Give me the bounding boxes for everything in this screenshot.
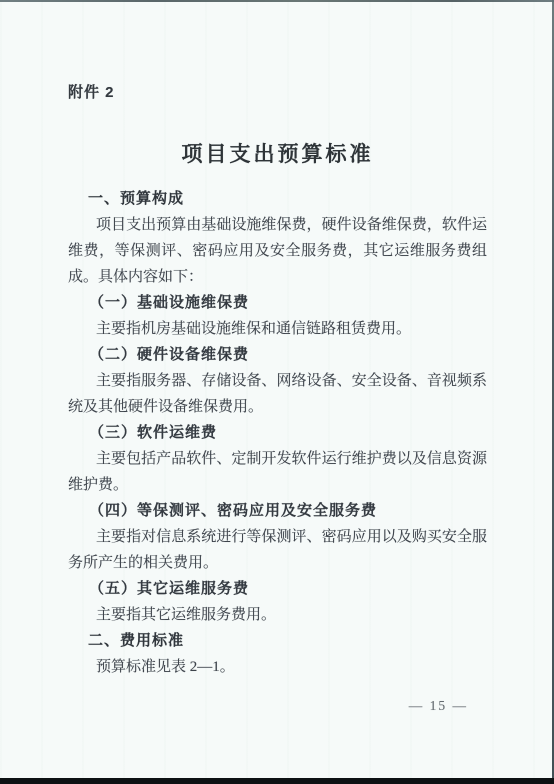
paragraph-fee-standard: 预算标准见表 2—1。 [68,654,487,680]
paragraph-other-service-fee: 主要指其它运维服务费用。 [68,602,487,628]
subheading-other-service-fee: （五）其它运维服务费 [68,576,487,602]
subheading-infrastructure-fee: （一）基础设施维保费 [68,290,487,316]
subheading-security-fee: （四）等保测评、密码应用及安全服务费 [68,498,487,524]
document-content: 附件 2 项目支出预算标准 一、预算构成 项目支出预算由基础设施维保费，硬件设备… [68,0,487,680]
page-number: — 15 — [409,698,468,714]
paragraph-hardware-fee: 主要指服务器、存储设备、网络设备、安全设备、音视频系统及其他硬件设备维保费用。 [68,368,487,420]
paragraph-software-fee: 主要包括产品软件、定制开发软件运行维护费以及信息资源维护费。 [68,446,487,498]
section-heading-fee-standard: 二、费用标准 [68,628,487,654]
paragraph-budget-composition: 项目支出预算由基础设施维保费，硬件设备维保费，软件运维费，等保测评、密码应用及安… [68,212,487,290]
subheading-software-fee: （三）软件运维费 [68,420,487,446]
section-heading-budget-composition: 一、预算构成 [68,186,487,212]
attachment-label: 附件 2 [68,80,487,106]
scanned-document-page: 附件 2 项目支出预算标准 一、预算构成 项目支出预算由基础设施维保费，硬件设备… [0,0,554,784]
paragraph-infrastructure-fee: 主要指机房基础设施维保和通信链路租赁费用。 [68,316,487,342]
paragraph-security-fee: 主要指对信息系统进行等保测评、密码应用以及购买安全服务所产生的相关费用。 [68,524,487,576]
subheading-hardware-fee: （二）硬件设备维保费 [68,342,487,368]
document-title: 项目支出预算标准 [68,140,487,170]
scan-artifact-bottom-edge [0,778,554,784]
